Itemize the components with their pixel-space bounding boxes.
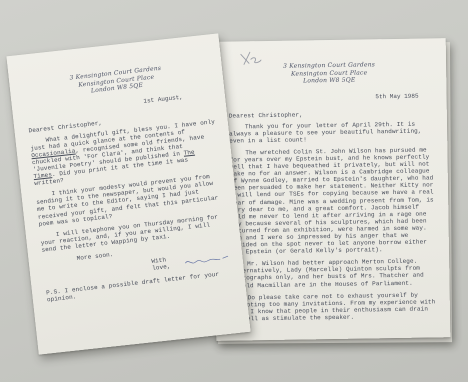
salutation: Dearest Christopher, bbox=[229, 109, 433, 119]
paragraph: Thank you for your letter of April 29th.… bbox=[229, 120, 433, 144]
pencil-annotation-icon bbox=[238, 49, 264, 69]
valediction-row: With love, bbox=[151, 250, 231, 273]
letter-left: 3 Kensington Court Gardens Kensington Co… bbox=[6, 33, 250, 354]
letterhead: 3 Kensington Court Gardens Kensington Co… bbox=[6, 33, 223, 103]
paragraph: The wretched Colin St. John Wilson has p… bbox=[229, 146, 435, 256]
ink-signature bbox=[184, 252, 231, 267]
paragraph: Mr. Wilson had better approach Merton Co… bbox=[231, 258, 435, 290]
letter-body: Dearest Christopher, What a delightful g… bbox=[28, 107, 233, 304]
letter-right: 3 Kensington Court Gardens Kensington Co… bbox=[212, 38, 451, 341]
photograph-of-letters: 3 Kensington Court Gardens Kensington Co… bbox=[0, 0, 468, 382]
letter-left-content: 3 Kensington Court Gardens Kensington Co… bbox=[6, 33, 250, 354]
paragraph: Do please take care not to exhaust yours… bbox=[232, 291, 436, 323]
date-line: 5th May 1985 bbox=[213, 92, 419, 102]
letter-right-content: 3 Kensington Court Gardens Kensington Co… bbox=[212, 38, 451, 341]
postscript: P.S. I enclose a possible draft letter f… bbox=[46, 270, 233, 304]
valediction: With love, bbox=[151, 255, 180, 272]
letter-body: Dearest Christopher, Thank you for your … bbox=[229, 109, 436, 323]
